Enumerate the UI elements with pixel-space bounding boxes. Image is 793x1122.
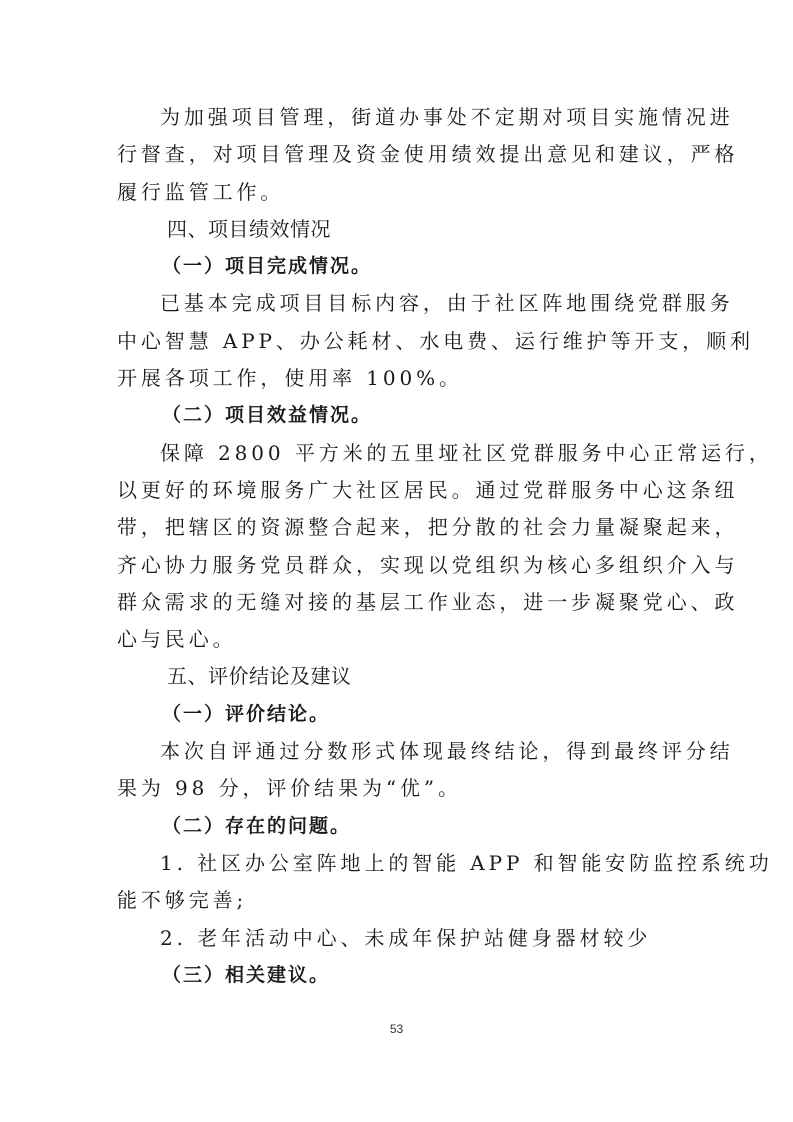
subsection-heading: （一）项目完成情况。 [117,248,681,285]
paragraph-line: 保障 2800 平方米的五里垭社区党群服务中心正常运行， [117,435,681,472]
paragraph-line: 带，把辖区的资源整合起来，把分散的社会力量凝聚起来， [117,509,681,546]
page-body: 为加强项目管理，街道办事处不定期对项目实施情况进 行督查，对项目管理及资金使用绩… [117,99,681,994]
paragraph-line: 行督查，对项目管理及资金使用绩效提出意见和建议，严格 [117,136,681,173]
section-heading: 五、评价结论及建议 [117,658,681,695]
list-item-line: 1. 社区办公室阵地上的智能 APP 和智能安防监控系统功 [117,845,681,882]
list-item-line: 能不够完善; [117,882,681,919]
subsection-heading: （一）评价结论。 [117,696,681,733]
paragraph-line: 以更好的环境服务广大社区居民。通过党群服务中心这条纽 [117,472,681,509]
document-page: 为加强项目管理，街道办事处不定期对项目实施情况进 行督查，对项目管理及资金使用绩… [0,0,793,1122]
paragraph-line: 群众需求的无缝对接的基层工作业态，进一步凝聚党心、政 [117,584,681,621]
paragraph-line: 开展各项工作，使用率 100%。 [117,360,681,397]
paragraph-line: 本次自评通过分数形式体现最终结论，得到最终评分结 [117,733,681,770]
paragraph-line: 心与民心。 [117,621,681,658]
paragraph-line: 已基本完成项目目标内容，由于社区阵地围绕党群服务 [117,285,681,322]
paragraph-line: 齐心协力服务党员群众，实现以党组织为核心多组织介入与 [117,547,681,584]
subsection-heading: （二）存在的问题。 [117,808,681,845]
section-heading: 四、项目绩效情况 [117,211,681,248]
paragraph-line: 果为 98 分，评价结果为“优”。 [117,770,681,807]
subsection-heading: （三）相关建议。 [117,957,681,994]
page-number: 53 [0,1022,793,1036]
paragraph-line: 为加强项目管理，街道办事处不定期对项目实施情况进 [117,99,681,136]
subsection-heading: （二）项目效益情况。 [117,397,681,434]
paragraph-line: 中心智慧 APP、办公耗材、水电费、运行维护等开支，顺利 [117,323,681,360]
paragraph-line: 履行监管工作。 [117,174,681,211]
list-item-line: 2. 老年活动中心、未成年保护站健身器材较少 [117,920,681,957]
